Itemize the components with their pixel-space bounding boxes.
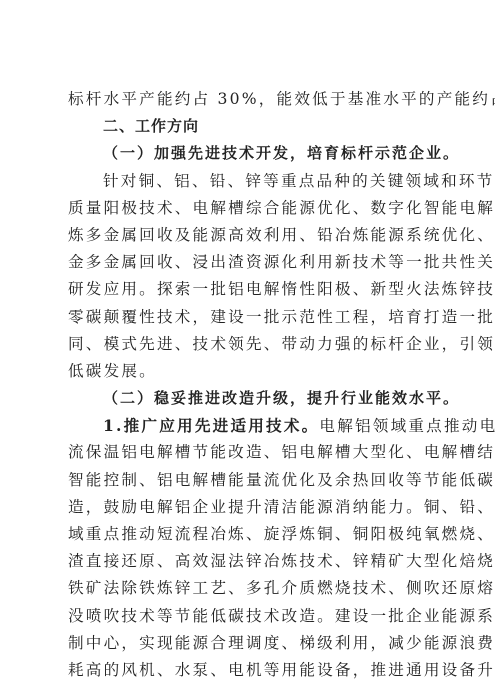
body-line: 质量阳极技术、电解槽综合能源优化、数字化智能电解槽、铜冶 bbox=[68, 195, 428, 222]
body-line: 渣直接还原、高效湿法锌冶炼技术、锌精矿大型化焙烧技术、赤 bbox=[68, 548, 428, 575]
body-line: 耗高的风机、水泵、电机等用能设备，推进通用设备升级换代。 bbox=[68, 657, 428, 684]
body-line: 金多金属回收、浸出渣资源化利用新技术等一批共性关键技术的 bbox=[68, 249, 428, 276]
body-line: 铁矿法除铁炼锌工艺、多孔介质燃烧技术、侧吹还原熔炼粉煤浸 bbox=[68, 575, 428, 602]
body-line: 智能控制、铝电解槽能量流优化及余热回收等节能低碳技术改 bbox=[68, 467, 428, 494]
body-line: 流保温铝电解槽节能改造、铝电解槽大型化、电解槽结构优化与 bbox=[68, 439, 428, 466]
body-line: 同、模式先进、技术领先、带动力强的标杆企业，引领行业绿色 bbox=[68, 331, 428, 358]
body-line: 标杆水平产能约占 30%，能效低于基准水平的产能约占 15%。 bbox=[68, 86, 428, 113]
subsection-heading: （二）稳妥推进改造升级，提升行业能效水平。 bbox=[68, 385, 428, 412]
subsection-heading: （一）加强先进技术开发，培育标杆示范企业。 bbox=[68, 140, 428, 167]
section-heading: 二、工作方向 bbox=[68, 113, 428, 140]
body-line: 研发应用。探索一批铝电解惰性阳极、新型火法炼锌技术等低碳 bbox=[68, 276, 428, 303]
body-line: 低碳发展。 bbox=[68, 358, 428, 385]
item-text: 电解铝领域重点推动电解铝新型稳 bbox=[319, 417, 495, 435]
body-line: 炼多金属回收及能源高效利用、铅冶炼能源系统优化、锌湿法冶 bbox=[68, 222, 428, 249]
body-line: 制中心，实现能源合理调度、梯级利用，减少能源浪费；淘汰能 bbox=[68, 630, 428, 657]
document-page: 标杆水平产能约占 30%，能效低于基准水平的产能约占 15%。 二、工作方向 （… bbox=[68, 86, 428, 684]
body-line: 针对铜、铝、铅、锌等重点品种的关键领域和环节，开展高 bbox=[68, 168, 428, 195]
body-line-with-lead: 1.推广应用先进适用技术。电解铝领域重点推动电解铝新型稳 bbox=[68, 412, 428, 439]
body-line: 零碳颠覆性技术，建设一批示范性工程，培育打造一批行业认 bbox=[68, 304, 428, 331]
body-line: 域重点推动短流程冶炼、旋浮炼铜、铜阳极纯氧燃烧、液态高铅 bbox=[68, 521, 428, 548]
body-line: 没喷吹技术等节能低碳技术改造。建设一批企业能源系统优化控 bbox=[68, 603, 428, 630]
body-line: 造，鼓励电解铝企业提升清洁能源消纳能力。铜、铅、锌冶炼领 bbox=[68, 494, 428, 521]
item-lead: 1.推广应用先进适用技术。 bbox=[103, 416, 319, 435]
